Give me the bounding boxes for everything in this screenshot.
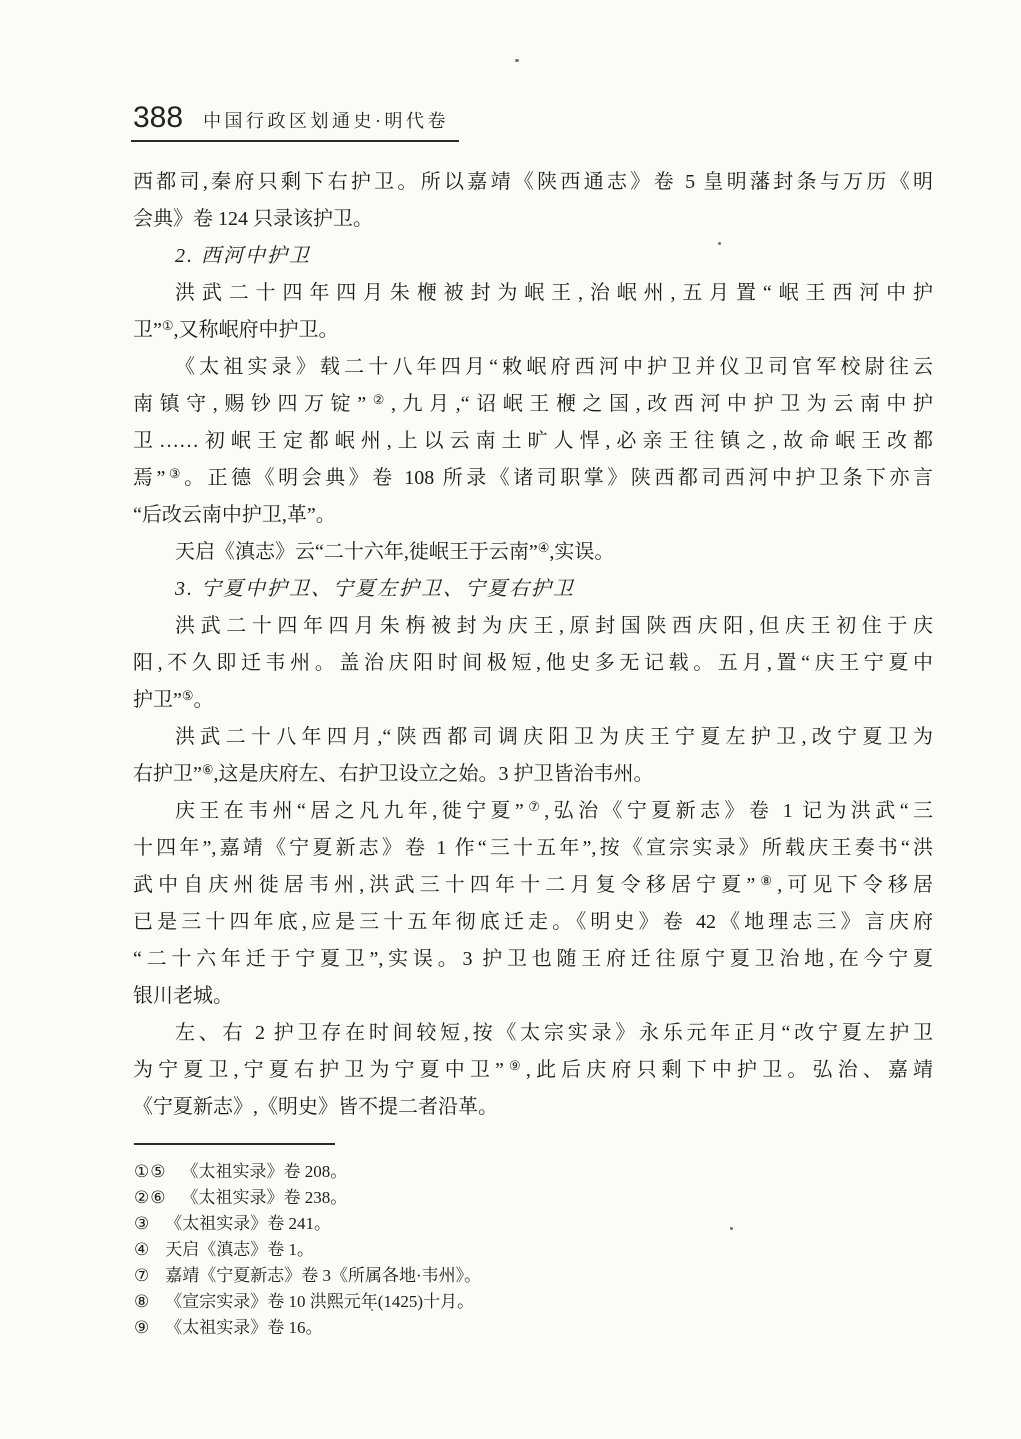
text-line: 武中自庆州徙居韦州,洪武三十四年十二月复令移居宁夏”⑧,可见下令移居 <box>133 867 933 904</box>
footnote-ref: ③ <box>165 466 184 481</box>
footnote-text: 天启《滇志》卷 1。 <box>165 1240 314 1259</box>
text-line: 护卫”⑤。 <box>133 682 933 719</box>
footnote-text: 《太祖实录》卷 208。 <box>181 1162 347 1181</box>
footnote-ref: ⑨ <box>504 1058 526 1073</box>
footnote-ref: ⑧ <box>755 873 777 888</box>
footnote-row: ②⑥《太祖实录》卷 238。 <box>134 1185 934 1211</box>
footnote-marker: ④ <box>134 1237 150 1263</box>
footnote-ref: ④ <box>538 540 550 555</box>
text-line: 《太祖实录》载二十八年四月“敕岷府西河中护卫并仪卫司官军校尉往云 <box>133 349 933 386</box>
footnote-row: ④天启《滇志》卷 1。 <box>134 1237 934 1263</box>
footnote-marker: ②⑥ <box>134 1185 166 1211</box>
scan-speck <box>730 1227 733 1230</box>
text-line: 洪武二十四年四月朱栴被封为庆王,原封国陕西庆阳,但庆王初住于庆 <box>133 608 933 645</box>
text-line: 南镇守,赐钞四万锭”②,九月,“诏岷王楩之国,改西河中护卫为云南中护 <box>133 386 933 423</box>
footnote-marker: ⑧ <box>134 1289 150 1315</box>
footnote-ref: ⑤ <box>182 688 194 703</box>
body-text: 西都司,秦府只剩下右护卫。所以嘉靖《陕西通志》卷 5 皇明藩封条与万历《明会典》… <box>133 164 933 1126</box>
footnote-ref: ⑥ <box>202 762 214 777</box>
footnote-text: 《太祖实录》卷 238。 <box>181 1188 347 1207</box>
text-line: 为宁夏卫,宁夏右护卫为宁夏中卫”⑨,此后庆府只剩下中护卫。弘治、嘉靖 <box>133 1052 933 1089</box>
text-line: 洪武二十八年四月,“陕西都司调庆阳卫为庆王宁夏左护卫,改宁夏卫为 <box>133 719 933 756</box>
scanned-book-page: 388 中国行政区划通史·明代卷 西都司,秦府只剩下右护卫。所以嘉靖《陕西通志》… <box>0 0 1021 1439</box>
footnote-ref: ⑦ <box>524 799 544 814</box>
text-line: 天启《滇志》云“二十六年,徙岷王于云南”④,实误。 <box>133 534 933 571</box>
footnote-marker: ⑦ <box>134 1263 150 1289</box>
footnote-row: ③《太祖实录》卷 241。 <box>134 1211 934 1237</box>
page-header: 388 中国行政区划通史·明代卷 <box>131 103 459 142</box>
text-line: 已是三十四年底,应是三十五年彻底迁走。《明史》卷 42《地理志三》言庆府 <box>133 904 933 941</box>
section-heading: 2. 西河中护卫 <box>133 238 933 275</box>
footnote-ref: ① <box>162 318 174 333</box>
text-line: 洪武二十四年四月朱楩被封为岷王,治岷州,五月置“岷王西河中护 <box>133 275 933 312</box>
text-line: 银川老城。 <box>133 978 933 1015</box>
footnote-ref: ② <box>366 392 391 407</box>
text-line: 右护卫”⑥,这是庆府左、右护卫设立之始。3 护卫皆治韦州。 <box>133 756 933 793</box>
footnote-row: ①⑤《太祖实录》卷 208。 <box>134 1159 934 1185</box>
footnote-row: ⑨《太祖实录》卷 16。 <box>134 1315 934 1341</box>
footnote-row: ⑦嘉靖《宁夏新志》卷 3《所属各地·韦州》。 <box>134 1263 934 1289</box>
footnote-text: 《宣宗实录》卷 10 洪熙元年(1425)十月。 <box>165 1292 474 1311</box>
text-line: 十四年”,嘉靖《宁夏新志》卷 1 作“三十五年”,按《宣宗实录》所载庆王奏书“洪 <box>133 830 933 867</box>
text-line: 会典》卷 124 只录该护卫。 <box>133 201 933 238</box>
scan-speck <box>718 242 721 245</box>
footnote-marker: ⑨ <box>134 1315 150 1341</box>
footnote-row: ⑧《宣宗实录》卷 10 洪熙元年(1425)十月。 <box>134 1289 934 1315</box>
text-line: 卫……初岷王定都岷州,上以云南土旷人悍,必亲王往镇之,故命岷王改都 <box>133 423 933 460</box>
footnote-marker: ③ <box>134 1211 150 1237</box>
text-line: 焉”③。正德《明会典》卷 108 所录《诸司职掌》陕西都司西河中护卫条下亦言 <box>133 460 933 497</box>
footnote-text: 《太祖实录》卷 16。 <box>165 1318 322 1337</box>
text-line: 《宁夏新志》,《明史》皆不提二者沿革。 <box>133 1089 933 1126</box>
section-heading: 3. 宁夏中护卫、宁夏左护卫、宁夏右护卫 <box>133 571 933 608</box>
text-line: 庆王在韦州“居之凡九年,徙宁夏”⑦,弘治《宁夏新志》卷 1 记为洪武“三 <box>133 793 933 830</box>
text-line: “二十六年迁于宁夏卫”,实误。3 护卫也随王府迁往原宁夏卫治地,在今宁夏 <box>133 941 933 978</box>
scan-speck <box>371 1309 373 1311</box>
text-line: “后改云南中护卫,革”。 <box>133 497 933 534</box>
text-line: 左、右 2 护卫存在时间较短,按《太宗实录》永乐元年正月“改宁夏左护卫 <box>133 1015 933 1052</box>
text-line: 卫”①,又称岷府中护卫。 <box>133 312 933 349</box>
text-line: 西都司,秦府只剩下右护卫。所以嘉靖《陕西通志》卷 5 皇明藩封条与万历《明 <box>133 164 933 201</box>
page-number: 388 <box>133 103 183 133</box>
footnote-divider <box>134 1143 335 1145</box>
footnote-text: 嘉靖《宁夏新志》卷 3《所属各地·韦州》。 <box>165 1266 481 1285</box>
footnote-text: 《太祖实录》卷 241。 <box>165 1214 331 1233</box>
footnote-marker: ①⑤ <box>134 1159 166 1185</box>
book-title: 中国行政区划通史·明代卷 <box>203 107 449 133</box>
text-line: 阳,不久即迁韦州。盖治庆阳时间极短,他史多无记载。五月,置“庆王宁夏中 <box>133 645 933 682</box>
scan-speck <box>515 59 519 62</box>
running-head: 388 中国行政区划通史·明代卷 <box>131 103 459 142</box>
footnotes: ①⑤《太祖实录》卷 208。②⑥《太祖实录》卷 238。③《太祖实录》卷 241… <box>134 1159 934 1341</box>
